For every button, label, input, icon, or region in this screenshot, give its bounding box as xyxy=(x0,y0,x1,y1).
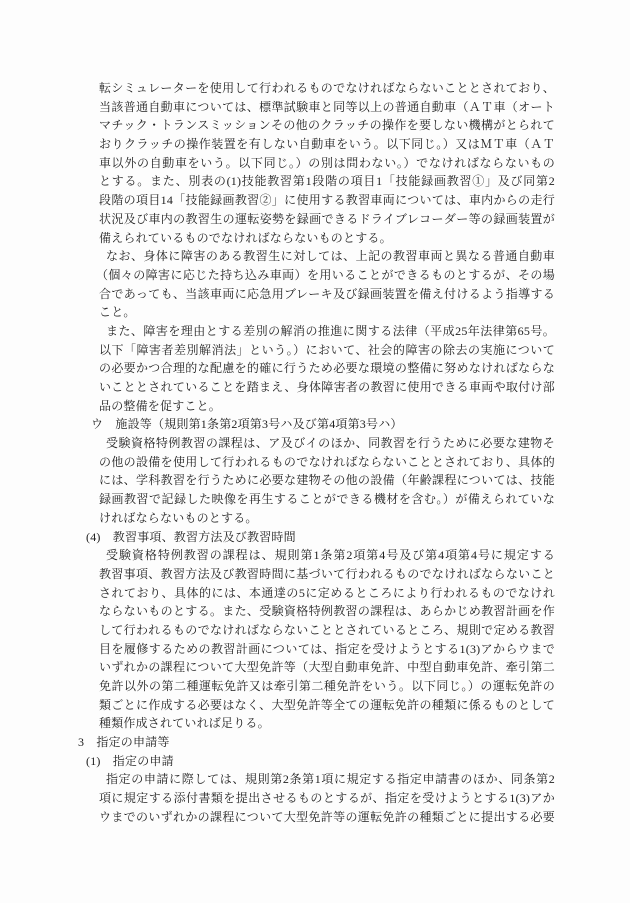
text-line: 以下「障害者差別解消法」という。）において、社会的障害の除去の実施について xyxy=(99,341,555,360)
text-line: 品の整備を促すこと。 xyxy=(99,397,630,416)
text-line: ウまでのいずれかの課程について大型免許等の運転免許の種類ごとに提出する必要は xyxy=(99,808,555,827)
text-line: 受験資格特例教習の課程は、ア及びイのほか、同教習を行うために必要な建物そ xyxy=(106,434,555,453)
text-line: ならないものとする。また、受験資格特例教習の課程は、あらかじめ教習計画を作成 xyxy=(99,602,555,621)
text-line: 備えられているものでなければならないものとする。 xyxy=(99,229,630,248)
text-line: 教習事項、教習方法及び教習時間に基づいて行われるものでなければならないことと xyxy=(99,565,555,584)
text-line: 受験資格特例教習の課程は、規則第1条第2項第4号及び第4項第4号に規定する xyxy=(106,546,555,565)
text-line: 種類作成されていれば足りる。 xyxy=(99,714,630,733)
text-line: 3 指定の申請等 xyxy=(78,733,630,752)
text-line: 転シミュレーターを使用して行われるものでなければならないこととされており、 xyxy=(99,79,555,98)
text-line: (1) 指定の申請 xyxy=(86,752,630,771)
text-line: 録画教習で記録した映像を再生することができる機材を含む。）が備えられていな xyxy=(99,490,555,509)
text-line: こと。 xyxy=(99,303,630,322)
text-line: ウ 施設等（規則第1条第2項第3号ハ及び第4項第3号ハ） xyxy=(91,415,630,434)
text-line: マチック・トランスミッションその他のクラッチの操作を要しない機構がとられて xyxy=(99,116,555,135)
text-line: されており、具体的には、本通達の5に定めるところにより行われるものでなければ xyxy=(99,584,555,603)
text-line: 目を履修するための教習計画については、指定を受けようとする1(3)アからウまでの xyxy=(99,640,555,659)
text-line: の必要かつ合理的な配慮を的確に行うため必要な環境の整備に努めなければならな xyxy=(99,359,555,378)
text-line: の他の設備を使用して行われるものでなければならないこととされており、具体的 xyxy=(99,453,555,472)
text-line: 合であっても、当該車両に応急用ブレーキ及び録画装置を備え付けるよう指導する xyxy=(99,285,555,304)
text-line: （個々の障害に応じた持ち込み車両）を用いることができるものとするが、その場 xyxy=(96,266,555,285)
document-text-block: 転シミュレーターを使用して行われるものでなければならないこととされており、当該普… xyxy=(0,79,630,827)
text-line: なお、身体に障害のある教習生に対しては、上記の教習車両と異なる普通自動車 xyxy=(106,247,555,266)
text-line: 項に規定する添付書類を提出させるものとするが、指定を受けようとする1(3)アから xyxy=(99,789,555,808)
text-line: 類ごとに作成する必要はなく、大型免許等全ての運転免許の種類に係るものとして1 xyxy=(99,696,555,715)
text-line: おりクラッチの操作装置を有しない自動車をいう。以下同じ。）又はＭＴ車（ＡＴ xyxy=(99,135,555,154)
text-line: 免許以外の第二種運転免許又は牽引第二種免許をいう。以下同じ。）の運転免許の種 xyxy=(99,677,555,696)
text-line: して行われるものでなければならないこととされているところ、規則で定める教習項 xyxy=(99,621,555,640)
text-line: には、学科教習を行うために必要な建物その他の設備（年齢課程については、技能 xyxy=(99,471,555,490)
text-line: 当該普通自動車については、標準試験車と同等以上の普通自動車（ＡＴ車（オート xyxy=(99,98,555,117)
text-line: (4) 教習事項、教習方法及び教習時間 xyxy=(86,528,630,547)
text-line: 車以外の自動車をいう。以下同じ。）の別は問わない。）でなければならないもの xyxy=(99,154,555,173)
text-line: ければならないものとする。 xyxy=(99,509,630,528)
text-line: いずれかの課程について大型免許等（大型自動車免許、中型自動車免許、牽引第二種 xyxy=(99,658,555,677)
text-line: とする。また、別表の(1)技能教習第1段階の項目1「技能録画教習①」及び同第2 xyxy=(99,172,555,191)
text-line: 状況及び車内の教習生の運転姿勢を録画できるドライブレコーダー等の録画装置が xyxy=(99,210,555,229)
text-line: また、障害を理由とする差別の解消の推進に関する法律（平成25年法律第65号。 xyxy=(106,322,555,341)
text-line: 指定の申請に際しては、規則第2条第1項に規定する指定申請書のほか、同条第2 xyxy=(106,770,555,789)
document-page: 転シミュレーターを使用して行われるものでなければならないこととされており、当該普… xyxy=(0,0,630,903)
text-line: 段階の項目14「技能録画教習②」に使用する教習車両については、車内からの走行 xyxy=(99,191,555,210)
text-line: いこととされていることを踏まえ、身体障害者の教習に使用できる車両や取付け部 xyxy=(99,378,555,397)
